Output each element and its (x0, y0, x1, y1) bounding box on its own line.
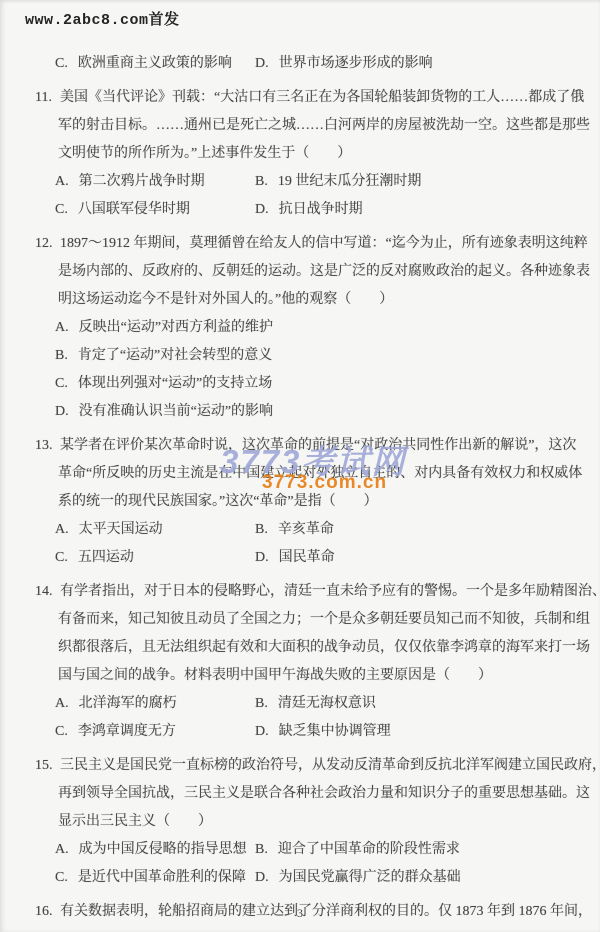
exam-content: C.欧洲重商主义政策的影响 D.世界市场逐步形成的影响 11.美国《当代评论》刊… (35, 50, 567, 926)
option-text: 第二次鸦片战争时期 (79, 174, 205, 189)
question-text: 1897～1912 年期间，莫理循曾在给友人的信中写道：“迄今为止，所有迹象表明… (60, 236, 588, 251)
question-stem-line: 文明使节的所作所为。”上述事件发生于（ ） (35, 140, 567, 168)
option-text: 19 世纪末瓜分狂潮时期 (278, 174, 422, 189)
question-text: 三民主义是国民党一直标榜的政治符号，从发动反清革命到反抗北洋军阀建立国民政府， (60, 758, 600, 773)
question-number: 13. (35, 432, 60, 460)
option-c: C.五四运动 (55, 544, 255, 572)
option-text: 缺乏集中协调管理 (279, 724, 391, 739)
option-a: A.成为中国反侵略的指导思想 (55, 836, 255, 864)
option-label: D. (55, 404, 69, 419)
question-text: 美国《当代评论》刊载：“大沽口有三名正在为各国轮船装卸货物的工人……都成了俄 (60, 90, 584, 105)
option-d: D.抗日战争时期 (255, 196, 363, 224)
option-label: A. (55, 320, 69, 335)
option-label: D. (255, 550, 269, 565)
option-label: B. (255, 696, 268, 711)
option-b: B.辛亥革命 (255, 516, 334, 544)
options-row: A.第二次鸦片战争时期 B.19 世纪末瓜分狂潮时期 (35, 168, 567, 196)
option-label: D. (255, 202, 269, 217)
option-label: A. (55, 174, 69, 189)
option-label: D. (255, 870, 269, 885)
option-text: 辛亥革命 (278, 522, 334, 537)
question-13: 13.某学者在评价某次革命时说，这次革命的前提是“对政治共同性作出新的解说”，这… (35, 432, 567, 572)
option-text: 抗日战争时期 (279, 202, 363, 217)
option-b: B.肯定了“运动”对社会转型的意义 (35, 342, 567, 370)
option-label: C. (55, 724, 68, 739)
question-stem-line: 国与国之间的战争。材料表明中国甲午海战失败的主要原因是（ ） (35, 662, 567, 690)
question-stem-line: 织都很落后，且无法组织起有效和大面积的战争动员，仅仅依靠李鸿章的海军来打一场 (35, 634, 567, 662)
question-stem-line: 12.1897～1912 年期间，莫理循曾在给友人的信中写道：“迄今为止，所有迹… (35, 230, 567, 258)
options-row: A.北洋海军的腐朽 B.清廷无海权意识 (35, 690, 567, 718)
question-text: 有学者指出，对于日本的侵略野心，清廷一直未给予应有的警惕。一个是多年励精图治、 (60, 584, 600, 599)
option-text: 反映出“运动”对西方利益的维护 (79, 320, 273, 335)
question-number: 11. (35, 84, 60, 112)
option-text: 八国联军侵华时期 (78, 202, 190, 217)
options-row: C.五四运动 D.国民革命 (35, 544, 567, 572)
question-number: 15. (35, 752, 60, 780)
options-row: C.是近代中国革命胜利的保障 D.为国民党赢得广泛的群众基础 (35, 864, 567, 892)
question-number: 14. (35, 578, 60, 606)
option-label: B. (255, 842, 268, 857)
option-text: 体现出列强对“运动”的支持立场 (78, 376, 272, 391)
option-text: 五四运动 (78, 550, 134, 565)
question-stem-line: 系的统一的现代民族国家。”这次“革命”是指（ ） (35, 488, 567, 516)
option-label: C. (55, 550, 68, 565)
option-b: B.清廷无海权意识 (255, 690, 376, 718)
option-label: C. (55, 870, 68, 885)
option-text: 太平天国运动 (79, 522, 163, 537)
option-d: D.国民革命 (255, 544, 335, 572)
question-15: 15.三民主义是国民党一直标榜的政治符号，从发动反清革命到反抗北洋军阀建立国民政… (35, 752, 567, 892)
option-label: D. (255, 724, 269, 739)
option-b: B.19 世纪末瓜分狂潮时期 (255, 168, 421, 196)
options-row: A.太平天国运动 B.辛亥革命 (35, 516, 567, 544)
exam-page: www.2abc8.com首发 C.欧洲重商主义政策的影响 D.世界市场逐步形成… (0, 0, 600, 932)
option-c: C.体现出列强对“运动”的支持立场 (35, 370, 567, 398)
question-stem-line: 再到领导全国抗战，三民主义是联合各种社会政治力量和知识分子的重要思想基础。这 (35, 780, 567, 808)
option-label: A. (55, 522, 69, 537)
option-label: D. (255, 56, 269, 71)
question-stem-line: 军的射击目标。……通州已是死亡之城……白河两岸的房屋被洗劫一空。这些都是那些 (35, 112, 567, 140)
option-text: 李鸿章调度无方 (78, 724, 176, 739)
option-text: 国民革命 (279, 550, 335, 565)
options-row: C.八国联军侵华时期 D.抗日战争时期 (35, 196, 567, 224)
option-text: 北洋海军的腐朽 (79, 696, 177, 711)
option-text: 迎合了中国革命的阶段性需求 (278, 842, 460, 857)
option-d: D.为国民党赢得广泛的群众基础 (255, 864, 461, 892)
option-a: A.北洋海军的腐朽 (55, 690, 255, 718)
question-11: 11.美国《当代评论》刊载：“大沽口有三名正在为各国轮船装卸货物的工人……都成了… (35, 84, 567, 224)
question-text: 某学者在评价某次革命时说，这次革命的前提是“对政治共同性作出新的解说”，这次 (60, 438, 576, 453)
page-number: 3 (0, 906, 600, 921)
option-label: C. (55, 56, 68, 71)
question-number: 12. (35, 230, 60, 258)
question-14: 14.有学者指出，对于日本的侵略野心，清廷一直未给予应有的警惕。一个是多年励精图… (35, 578, 567, 746)
option-c: C.八国联军侵华时期 (55, 196, 255, 224)
question-stem-line: 11.美国《当代评论》刊载：“大沽口有三名正在为各国轮船装卸货物的工人……都成了… (35, 84, 567, 112)
option-label: B. (255, 522, 268, 537)
option-label: B. (55, 348, 68, 363)
option-text: 是近代中国革命胜利的保障 (78, 870, 246, 885)
option-text: 肯定了“运动”对社会转型的意义 (78, 348, 272, 363)
option-c: C.是近代中国革命胜利的保障 (55, 864, 255, 892)
option-label: C. (55, 202, 68, 217)
site-header: www.2abc8.com首发 (25, 8, 180, 29)
option-text: 世界市场逐步形成的影响 (279, 56, 433, 71)
option-text: 为国民党赢得广泛的群众基础 (279, 870, 461, 885)
question-stem-line: 显示出三民主义（ ） (35, 808, 567, 836)
question-stem-line: 14.有学者指出，对于日本的侵略野心，清廷一直未给予应有的警惕。一个是多年励精图… (35, 578, 567, 606)
options-row: C.李鸿章调度无方 D.缺乏集中协调管理 (35, 718, 567, 746)
option-text: 清廷无海权意识 (278, 696, 376, 711)
option-d: D.世界市场逐步形成的影响 (255, 50, 433, 78)
question-stem-line: 革命“所反映的历史主流是在中国建立起对外独立自主的、对内具备有效权力和权威体 (35, 460, 567, 488)
option-c: C.李鸿章调度无方 (55, 718, 255, 746)
question-stem-line: 是场内部的、反政府的、反朝廷的运动。这是广泛的反对腐败政治的起义。各种迹象表 (35, 258, 567, 286)
options-row: A.成为中国反侵略的指导思想 B.迎合了中国革命的阶段性需求 (35, 836, 567, 864)
option-text: 欧洲重商主义政策的影响 (78, 56, 232, 71)
option-c: C.欧洲重商主义政策的影响 (55, 50, 255, 78)
option-d: D.缺乏集中协调管理 (255, 718, 391, 746)
option-a: A.反映出“运动”对西方利益的维护 (35, 314, 567, 342)
question-stem-line: 有备而来，知己知彼且动员了全国之力；一个是众多朝廷要员知己而不知彼，兵制和组 (35, 606, 567, 634)
question-stem-line: 15.三民主义是国民党一直标榜的政治符号，从发动反清革命到反抗北洋军阀建立国民政… (35, 752, 567, 780)
option-a: A.太平天国运动 (55, 516, 255, 544)
question-stem-line: 明这场运动迄今不是针对外国人的。”他的观察（ ） (35, 286, 567, 314)
option-label: A. (55, 696, 69, 711)
prev-question-options-row: C.欧洲重商主义政策的影响 D.世界市场逐步形成的影响 (35, 50, 567, 78)
option-text: 没有准确认识当前“运动”的影响 (79, 404, 273, 419)
option-text: 成为中国反侵略的指导思想 (79, 842, 247, 857)
option-label: A. (55, 842, 69, 857)
question-12: 12.1897～1912 年期间，莫理循曾在给友人的信中写道：“迄今为止，所有迹… (35, 230, 567, 426)
option-b: B.迎合了中国革命的阶段性需求 (255, 836, 460, 864)
option-d: D.没有准确认识当前“运动”的影响 (35, 398, 567, 426)
option-label: C. (55, 376, 68, 391)
option-label: B. (255, 174, 268, 189)
option-a: A.第二次鸦片战争时期 (55, 168, 255, 196)
question-stem-line: 13.某学者在评价某次革命时说，这次革命的前提是“对政治共同性作出新的解说”，这… (35, 432, 567, 460)
